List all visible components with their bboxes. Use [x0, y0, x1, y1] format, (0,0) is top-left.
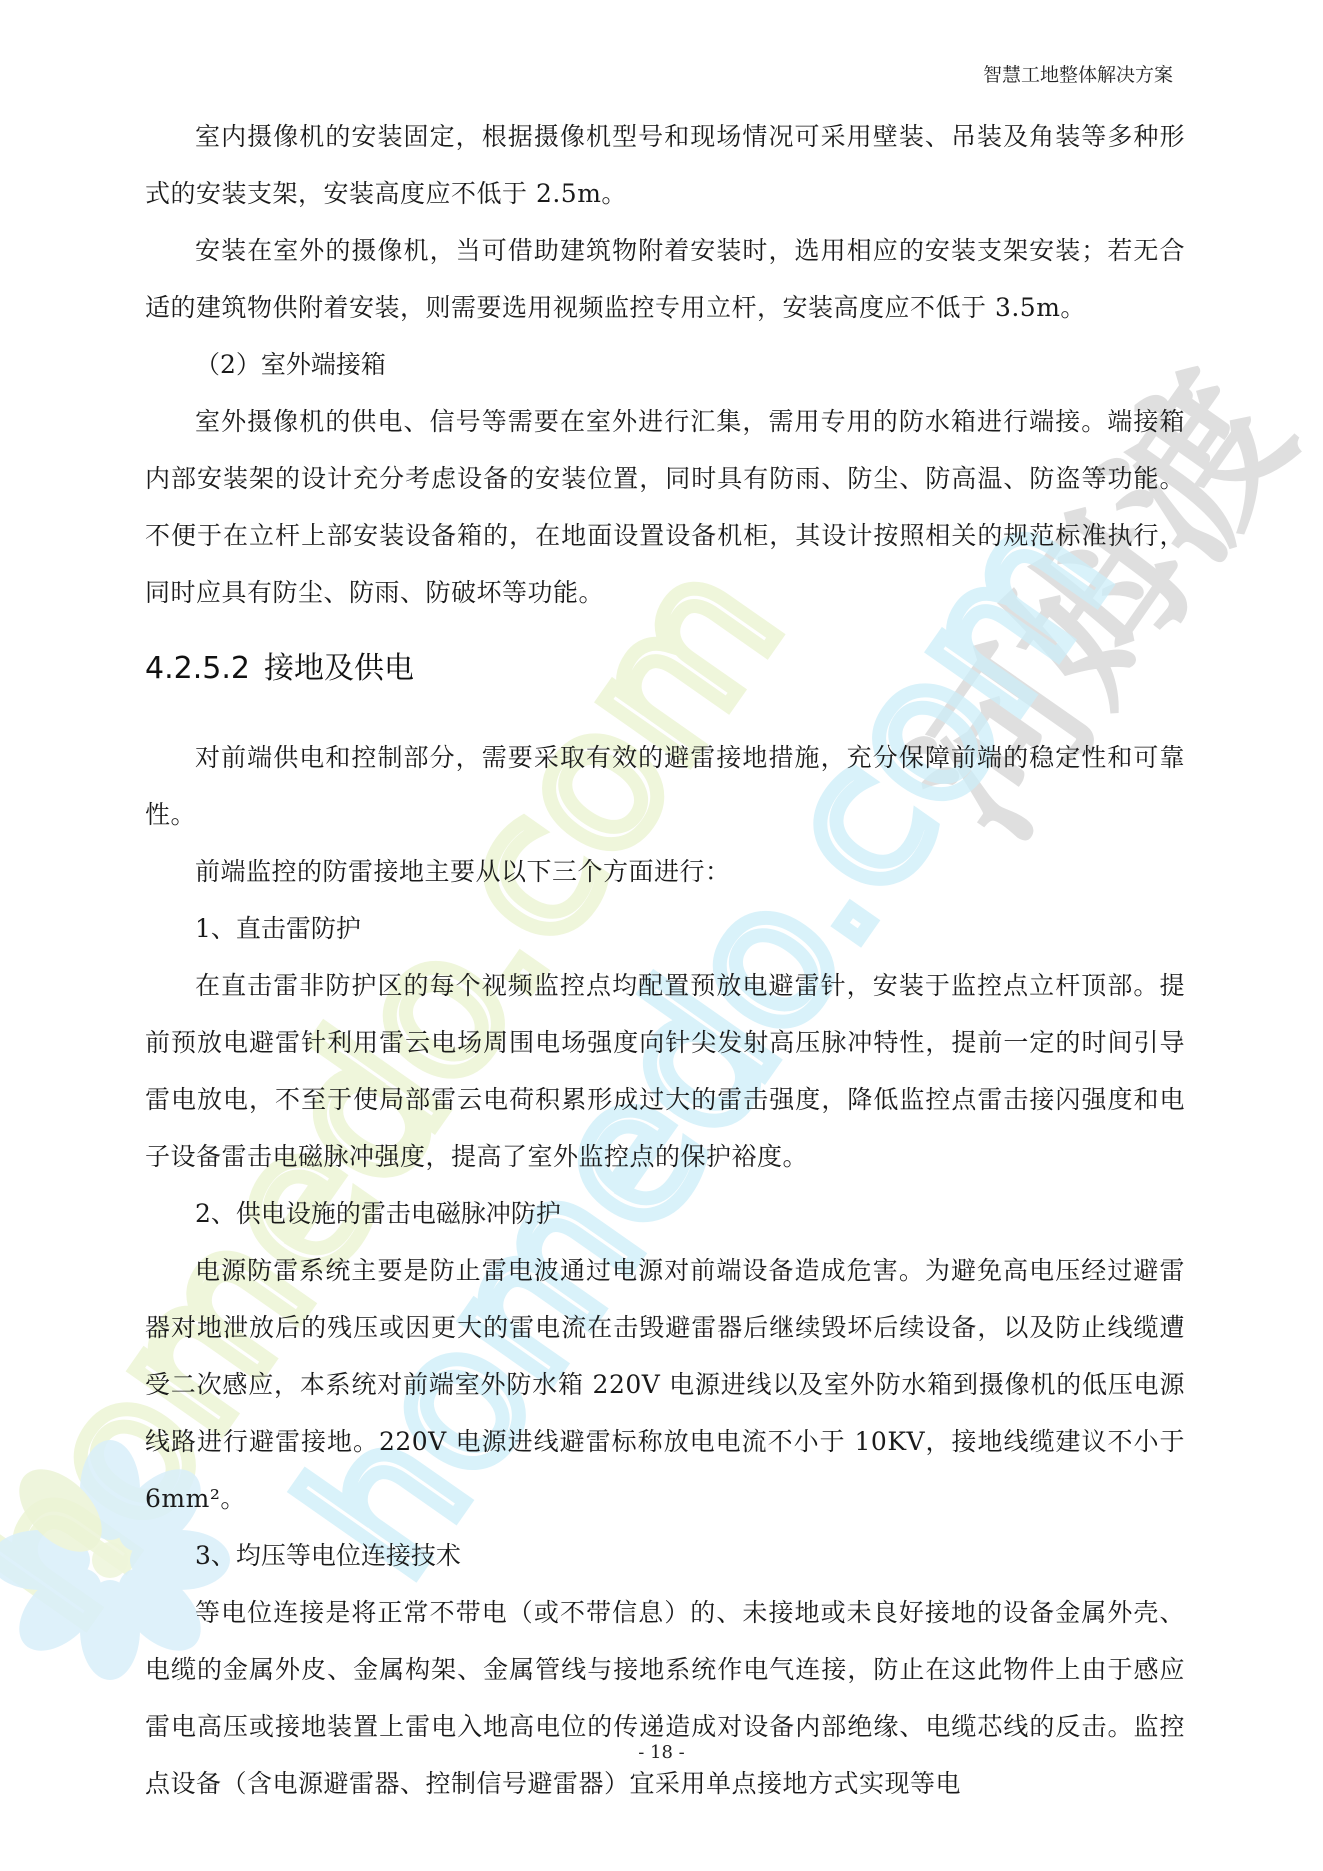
paragraph-junction-box: 室外摄像机的供电、信号等需要在室外进行汇集，需用专用的防水箱进行端接。端接箱内部… [145, 393, 1185, 621]
section-number: 4.2.5.2 [145, 651, 250, 686]
subheading-direct-lightning: 1、直击雷防护 [145, 900, 1185, 957]
page-body: 室内摄像机的安装固定，根据摄像机型号和现场情况可采用壁装、吊装及角装等多种形式的… [145, 108, 1185, 1812]
page-number: - 18 - [0, 1742, 1323, 1763]
subheading-equipotential: 3、均压等电位连接技术 [145, 1527, 1185, 1584]
paragraph-indoor-camera: 室内摄像机的安装固定，根据摄像机型号和现场情况可采用壁装、吊装及角装等多种形式的… [145, 108, 1185, 222]
paragraph-direct-lightning: 在直击雷非防护区的每个视频监控点均配置预放电避雷针，安装于监控点立杆顶部。提前预… [145, 957, 1185, 1185]
paragraph-outdoor-camera: 安装在室外的摄像机，当可借助建筑物附着安装时，选用相应的安装支架安装；若无合适的… [145, 222, 1185, 336]
section-title: 接地及供电 [264, 651, 414, 686]
paragraph-three-aspects: 前端监控的防雷接地主要从以下三个方面进行： [145, 843, 1185, 900]
section-heading: 4.2.5.2接地及供电 [145, 647, 1185, 691]
paragraph-equipotential: 等电位连接是将正常不带电（或不带信息）的、未接地或未良好接地的设备金属外壳、电缆… [145, 1584, 1185, 1812]
paragraph-grounding-intro: 对前端供电和控制部分，需要采取有效的避雷接地措施，充分保障前端的稳定性和可靠性。 [145, 729, 1185, 843]
paragraph-power-surge: 电源防雷系统主要是防止雷电波通过电源对前端设备造成危害。为避免高电压经过避雷器对… [145, 1242, 1185, 1527]
subheading-outdoor-junction-box: （2）室外端接箱 [145, 336, 1185, 393]
running-header: 智慧工地整体解决方案 [983, 60, 1173, 87]
subheading-power-surge: 2、供电设施的雷击电磁脉冲防护 [145, 1185, 1185, 1242]
